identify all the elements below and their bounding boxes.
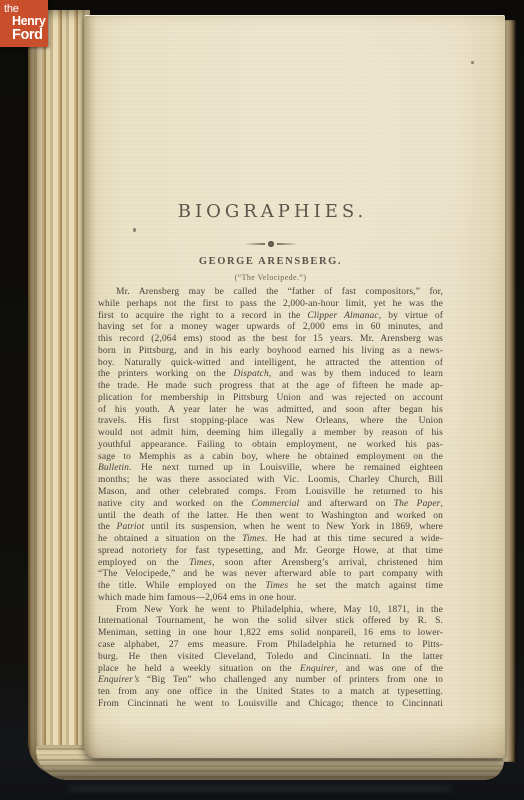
body-line: born in Pittsburg, and in his early boyh… (98, 346, 443, 358)
body-line: of his youth. A year later he was admitt… (98, 405, 443, 417)
biography-subject-name: GEORGE ARENSBERG. (98, 256, 443, 267)
body-line: this record (2,064 ems) stood as the bes… (98, 334, 443, 346)
biography-body: Mr. Arensberg may be called the “father … (98, 287, 443, 711)
book-page-edges-right (503, 20, 517, 762)
body-line: employed on the Times, soon after Arensb… (98, 558, 443, 570)
henry-ford-logo: the Henry Ford (0, 0, 48, 47)
book-page-edges-left (28, 10, 90, 776)
biography-paragraph: Mr. Arensberg may be called the “father … (98, 287, 443, 605)
body-line: Enquirer’s “Big Ten” who challenged any … (98, 675, 443, 687)
body-line: months; he was there associated with Vic… (98, 475, 443, 487)
body-line: spread notoriety for fast typesetting, a… (98, 546, 443, 558)
body-line: which made him famous—2,064 ems in one h… (98, 593, 443, 605)
body-line: the title. While employed on the Times h… (98, 581, 443, 593)
body-line: burg. He then visited Cleveland, Toledo … (98, 652, 443, 664)
body-line: “The Velocipede,” and he was never after… (98, 569, 443, 581)
body-line: the printers working on the Dispatch, an… (98, 369, 443, 381)
body-line: until the death of the latter. He then w… (98, 511, 443, 523)
ink-speck (471, 61, 474, 64)
body-line: case alphabet, 27 ems measure. From Phil… (98, 640, 443, 652)
body-line: From New York he went to Philadelphia, w… (98, 605, 443, 617)
divider-ornament-icon (98, 241, 443, 247)
body-line: first to acquire the right to a record i… (98, 311, 443, 323)
body-line: would not admit him, deeming him illegal… (98, 428, 443, 440)
body-line: Mr. Arensberg may be called the “father … (98, 287, 443, 299)
body-line: native city and worked on the Commercial… (98, 499, 443, 511)
page-title: BIOGRAPHIES. (98, 201, 443, 222)
logo-word-ford: Ford (12, 27, 43, 43)
scanned-book-photo: BIOGRAPHIES. GEORGE ARENSBERG. (“The Vel… (0, 0, 524, 800)
body-line: Mason, and other celebrated comps. From … (98, 487, 443, 499)
body-line: sage to Memphis as a cabin boy, where he… (98, 452, 443, 464)
biography-subject-alias: (“The Velocipede.”) (98, 273, 443, 282)
body-line: having set for a money wager upwards of … (98, 322, 443, 334)
body-line: while perhaps not the first to pass the … (98, 299, 443, 311)
body-line: he obtained a situation on the Times. He… (98, 534, 443, 546)
body-line: the Patriot until its suspension, when h… (98, 522, 443, 534)
body-line: place he held a weekly situation on the … (98, 664, 443, 676)
logo-word-henry: Henry (12, 14, 45, 28)
body-line: travels. His first stopping-place was Ne… (98, 416, 443, 428)
body-line: ten from any one office in the United St… (98, 687, 443, 699)
ink-speck (133, 228, 136, 232)
body-line: Bulletin. He next turned up in Louisvill… (98, 463, 443, 475)
body-line: Meniman, setting in one hour 1,822 ems s… (98, 628, 443, 640)
body-line: From Cincinnati he went to Louisville an… (98, 699, 443, 711)
body-line: International Tournament, he won the sol… (98, 616, 443, 628)
body-line: the trade. He made such progress that at… (98, 381, 443, 393)
biography-paragraph: From New York he went to Philadelphia, w… (98, 605, 443, 711)
body-line: youthful appearance. Failing to obtain e… (98, 440, 443, 452)
body-line: boy. Naturally quick-witted and intellig… (98, 358, 443, 370)
body-line: plication for membership in Pittsburg Un… (98, 393, 443, 405)
